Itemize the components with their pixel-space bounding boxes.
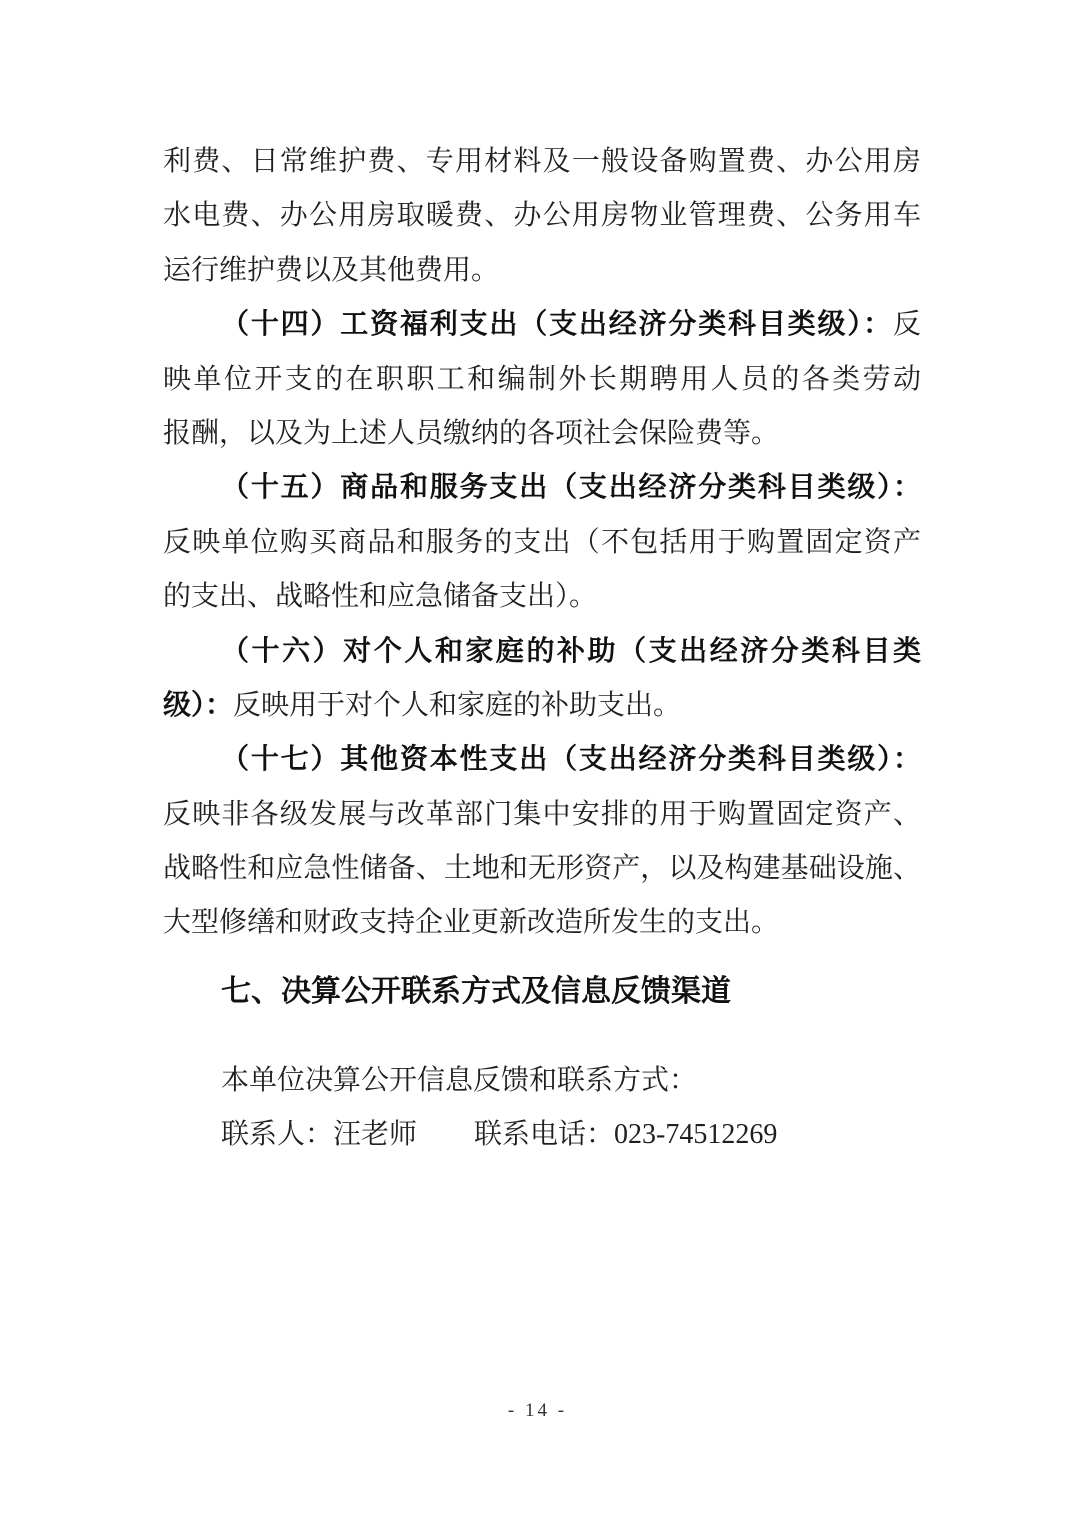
text-line: 反映单位购买商品和服务的支出（不包括用于购置固定资产 [163, 516, 921, 570]
text-segment: 的支出、战略性和应急储备支出）。 [163, 581, 597, 612]
text-line: 报酬，以及为上述人员缴纳的各项社会保险费等。 [163, 407, 921, 461]
document-page: 利费、日常维护费、专用材料及一般设备购置费、办公用房 水电费、办公用房取暖费、办… [0, 0, 1075, 1520]
text-line: 利费、日常维护费、专用材料及一般设备购置费、办公用房 [163, 135, 921, 189]
text-segment: 映单位开支的在职职工和编制外长期聘用人员的各类劳动 [163, 364, 921, 395]
text-line: 映单位开支的在职职工和编制外长期聘用人员的各类劳动 [163, 353, 921, 407]
document-body: 利费、日常维护费、专用材料及一般设备购置费、办公用房 水电费、办公用房取暖费、办… [163, 135, 921, 1163]
text-segment: 报酬，以及为上述人员缴纳的各项社会保险费等。 [163, 418, 779, 449]
text-line-paragraph-start: （十七）其他资本性支出（支出经济分类科目类级）： [163, 733, 921, 787]
contact-phone: 联系电话：023-74512269 [474, 1119, 777, 1150]
bold-segment: （十六）对个人和家庭的补助（支出经济分类科目类 [221, 636, 921, 667]
text-segment: 运行维护费以及其他费用。 [163, 255, 499, 286]
text-line: 水电费、办公用房取暖费、办公用房物业管理费、公务用车 [163, 189, 921, 243]
text-line-paragraph-start: （十六）对个人和家庭的补助（支出经济分类科目类 [163, 625, 921, 679]
text-segment: 利费、日常维护费、专用材料及一般设备购置费、办公用房 [163, 146, 921, 177]
text-line-paragraph-start: （十四）工资福利支出（支出经济分类科目类级）：反 [163, 298, 921, 352]
text-line-paragraph-start: （十五）商品和服务支出（支出经济分类科目类级）： [163, 461, 921, 515]
bold-segment: 级）： [163, 690, 233, 721]
bold-segment: （十四）工资福利支出（支出经济分类科目类级）： [221, 309, 893, 340]
text-line: 大型修缮和财政支持企业更新改造所发生的支出。 [163, 896, 921, 950]
text-segment: 反映单位购买商品和服务的支出（不包括用于购置固定资产 [163, 527, 921, 558]
text-segment: 水电费、办公用房取暖费、办公用房物业管理费、公务用车 [163, 200, 921, 231]
text-segment: 反 [893, 309, 921, 340]
section-heading: 七、决算公开联系方式及信息反馈渠道 [163, 965, 921, 1019]
text-line: 战略性和应急性储备、土地和无形资产，以及构建基础设施、 [163, 842, 921, 896]
bold-segment: （十七）其他资本性支出（支出经济分类科目类级）： [221, 744, 921, 775]
page-number: - 14 - [0, 1400, 1075, 1422]
text-line: 级）：反映用于对个人和家庭的补助支出。 [163, 679, 921, 733]
bold-segment: （十五）商品和服务支出（支出经济分类科目类级）： [221, 472, 921, 503]
contact-line: 联系人：汪老师联系电话：023-74512269 [163, 1108, 921, 1162]
text-segment: 大型修缮和财政支持企业更新改造所发生的支出。 [163, 907, 779, 938]
text-line: 运行维护费以及其他费用。 [163, 244, 921, 298]
text-segment: 战略性和应急性储备、土地和无形资产，以及构建基础设施、 [163, 853, 921, 884]
contact-intro-line: 本单位决算公开信息反馈和联系方式： [163, 1054, 921, 1108]
text-segment: 反映非各级发展与改革部门集中安排的用于购置固定资产、 [163, 799, 921, 830]
text-line: 反映非各级发展与改革部门集中安排的用于购置固定资产、 [163, 788, 921, 842]
text-line: 的支出、战略性和应急储备支出）。 [163, 570, 921, 624]
contact-person: 联系人：汪老师 [221, 1119, 417, 1150]
text-segment: 反映用于对个人和家庭的补助支出。 [233, 690, 681, 721]
